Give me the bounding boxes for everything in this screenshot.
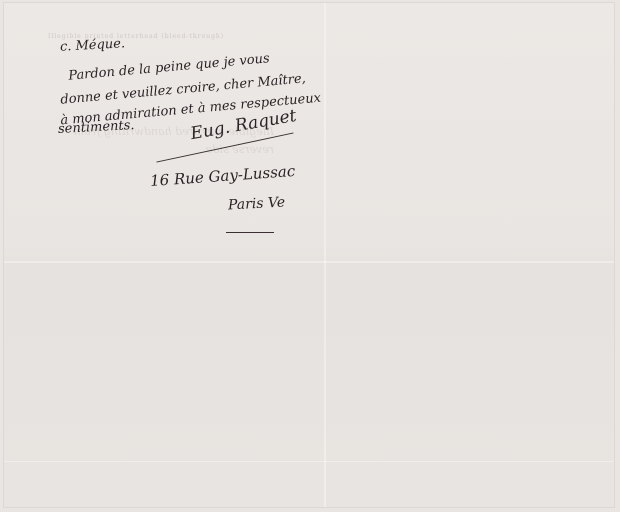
address-line-2: Paris Ve: [228, 195, 286, 214]
vertical-fold-line: [324, 3, 326, 507]
closing-underline: [226, 232, 274, 233]
